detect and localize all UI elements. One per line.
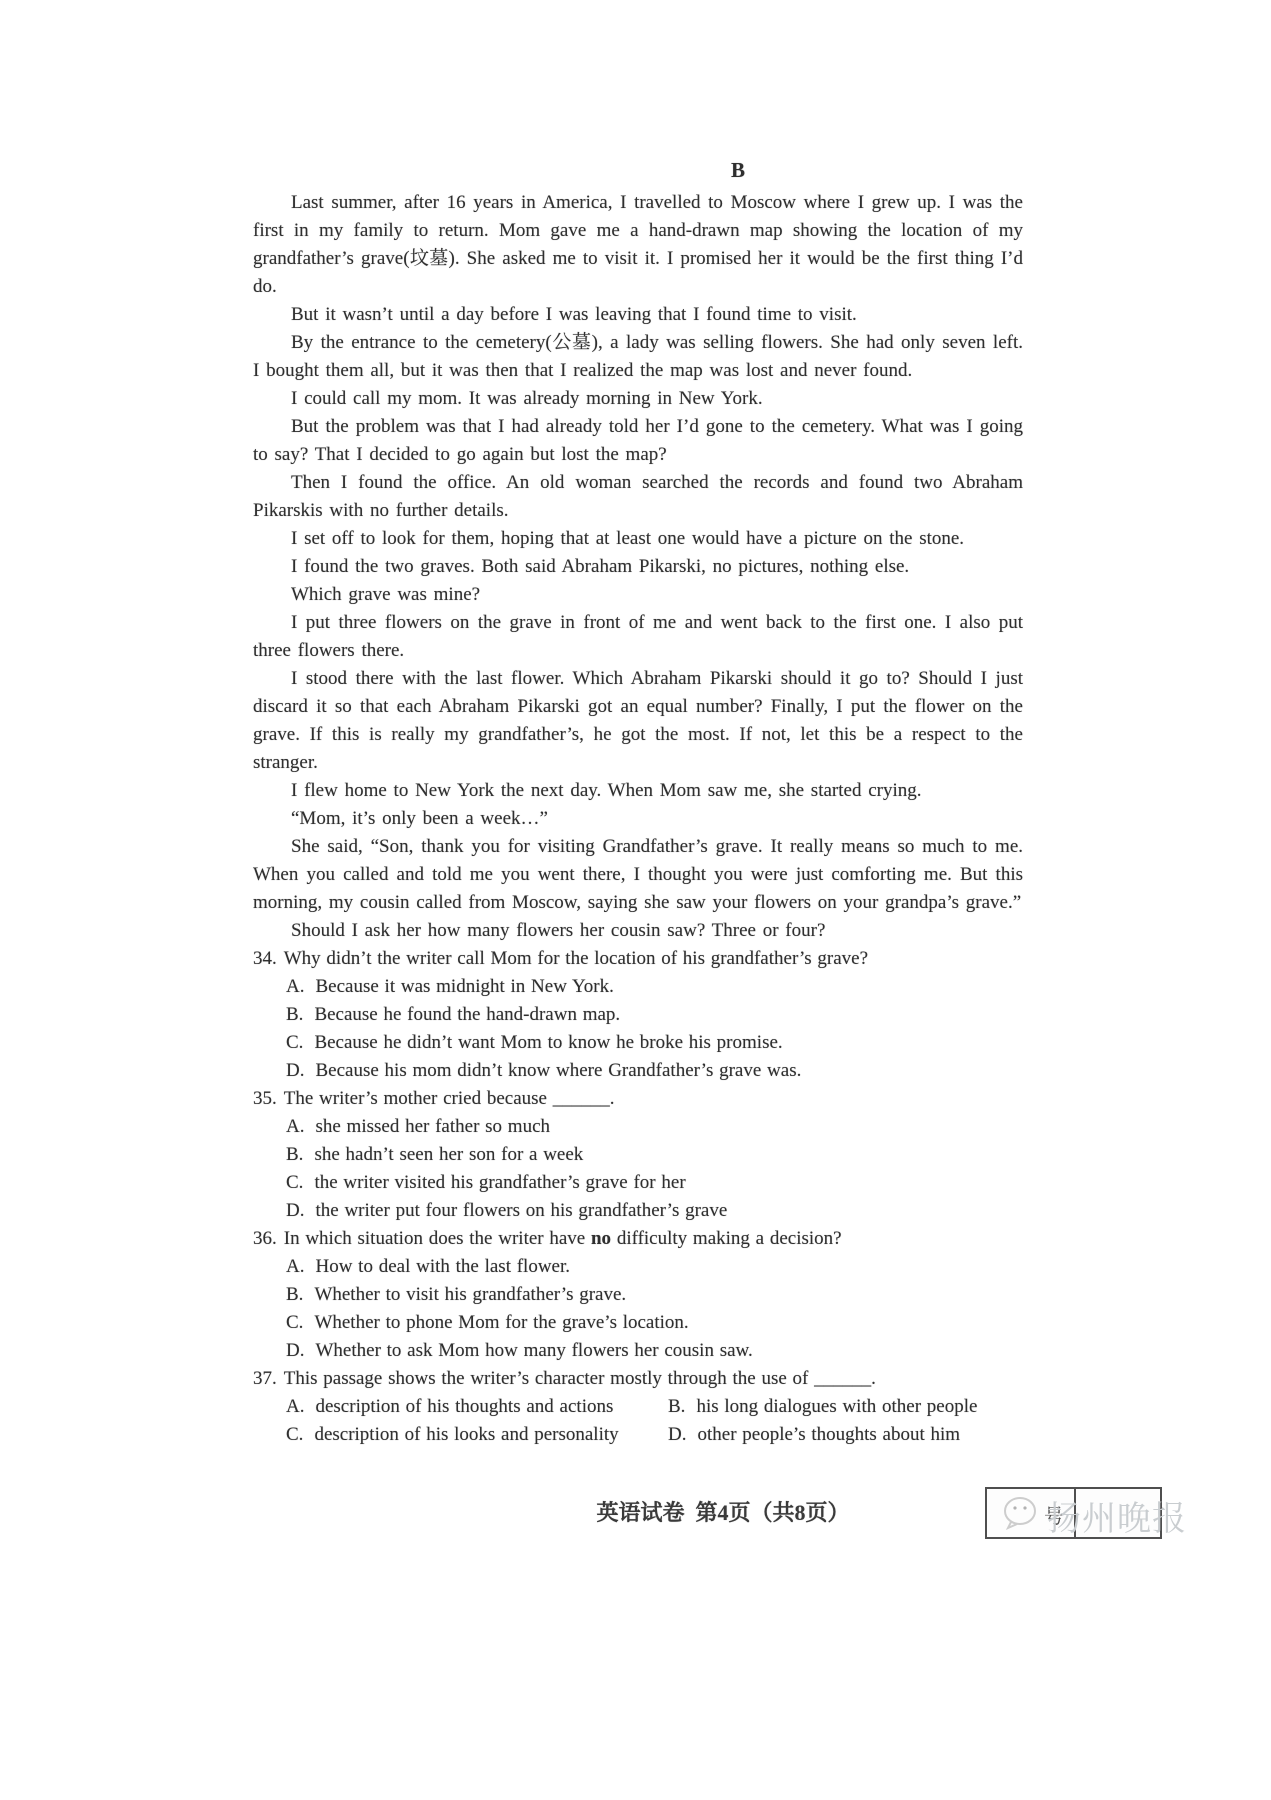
question-36-option-d: D.Whether to ask Mom how many flowers he… <box>253 1337 1023 1365</box>
reading-section-b: B Last summer, after 16 years in America… <box>253 158 1023 1449</box>
question-35-stem: 35.The writer’s mother cried because ___… <box>253 1085 1023 1113</box>
question-37-option-d: D.other people’s thoughts about him <box>668 1421 1023 1449</box>
option-text: Because it was midnight in New York. <box>315 976 613 997</box>
official-account-logo-icon <box>1001 1495 1039 1531</box>
passage-paragraph-5: But the problem was that I had already t… <box>253 413 1023 469</box>
question-37-option-a: A.description of his thoughts and action… <box>286 1393 668 1421</box>
option-text: Whether to ask Mom how many flowers her … <box>315 1340 752 1361</box>
option-text: she hadn’t seen her son for a week <box>314 1144 583 1165</box>
question-34-option-d: D.Because his mom didn’t know where Gran… <box>253 1057 1023 1085</box>
option-text: Whether to phone Mom for the grave’s loc… <box>314 1312 688 1333</box>
passage-paragraph-11: I stood there with the last flower. Whic… <box>253 665 1023 777</box>
option-label: D. <box>286 1340 304 1361</box>
question-text-post: difficulty making a decision? <box>611 1228 842 1249</box>
option-label: B. <box>286 1004 303 1025</box>
newspaper-stamp: 号 扬州晚报 <box>985 1487 1162 1539</box>
passage-paragraph-1: Last summer, after 16 years in America, … <box>253 189 1023 301</box>
question-text-bold: no <box>591 1228 611 1249</box>
passage-paragraph-12: I flew home to New York the next day. Wh… <box>253 777 1023 805</box>
option-text: description of his looks and personality <box>314 1424 618 1445</box>
question-34: 34.Why didn’t the writer call Mom for th… <box>253 945 1023 1085</box>
option-label: D. <box>286 1200 304 1221</box>
passage-paragraph-13: “Mom, it’s only been a week…” <box>253 805 1023 833</box>
question-35-option-b: B.she hadn’t seen her son for a week <box>253 1141 1023 1169</box>
question-36-option-a: A.How to deal with the last flower. <box>253 1253 1023 1281</box>
question-text-pre: In which situation does the writer have <box>284 1228 591 1249</box>
question-35-option-c: C.the writer visited his grandfather’s g… <box>253 1169 1023 1197</box>
newspaper-watermark: 扬州晚报 <box>1047 1491 1187 1540</box>
option-text: How to deal with the last flower. <box>315 1256 570 1277</box>
passage-paragraph-9: Which grave was mine? <box>253 581 1023 609</box>
option-label: C. <box>286 1172 303 1193</box>
question-37: 37.This passage shows the writer’s chara… <box>253 1365 1023 1449</box>
option-label: C. <box>286 1312 303 1333</box>
question-35-option-a: A.she missed her father so much <box>253 1113 1023 1141</box>
option-label: A. <box>286 1116 304 1137</box>
option-label: A. <box>286 976 304 997</box>
option-text: she missed her father so much <box>315 1116 550 1137</box>
question-number: 36. <box>253 1228 277 1249</box>
option-text: other people’s thoughts about him <box>697 1424 960 1445</box>
option-text: Because he didn’t want Mom to know he br… <box>314 1032 782 1053</box>
passage-paragraph-4: I could call my mom. It was already morn… <box>253 385 1023 413</box>
option-text: Because he found the hand-drawn map. <box>314 1004 620 1025</box>
passage-paragraph-2: But it wasn’t until a day before I was l… <box>253 301 1023 329</box>
question-37-option-b: B.his long dialogues with other people <box>668 1393 1023 1421</box>
question-text: Why didn’t the writer call Mom for the l… <box>284 948 868 969</box>
option-text: the writer put four flowers on his grand… <box>315 1200 727 1221</box>
question-36-option-b: B.Whether to visit his grandfather’s gra… <box>253 1281 1023 1309</box>
question-text: The writer’s mother cried because ______… <box>284 1088 615 1109</box>
option-label: D. <box>286 1060 304 1081</box>
question-36: 36.In which situation does the writer ha… <box>253 1225 1023 1365</box>
option-label: B. <box>286 1284 303 1305</box>
question-34-option-a: A.Because it was midnight in New York. <box>253 973 1023 1001</box>
question-37-stem: 37.This passage shows the writer’s chara… <box>253 1365 1023 1393</box>
passage-section-label: B <box>253 158 1023 183</box>
passage-paragraph-15: Should I ask her how many flowers her co… <box>253 917 1023 945</box>
option-label: C. <box>286 1424 303 1445</box>
passage-paragraph-7: I set off to look for them, hoping that … <box>253 525 1023 553</box>
page-footer: 英语试卷 第4页（共8页） <box>253 1496 1023 1527</box>
question-35-option-d: D.the writer put four flowers on his gra… <box>253 1197 1023 1225</box>
question-36-option-c: C.Whether to phone Mom for the grave’s l… <box>253 1309 1023 1337</box>
stamp-character: 号 <box>1044 1500 1064 1529</box>
option-label: C. <box>286 1032 303 1053</box>
question-number: 34. <box>253 948 277 969</box>
passage-paragraph-3: By the entrance to the cemetery(公墓), a l… <box>253 329 1023 385</box>
question-36-stem: 36.In which situation does the writer ha… <box>253 1225 1023 1253</box>
option-text: his long dialogues with other people <box>696 1396 977 1417</box>
passage-paragraph-10: I put three flowers on the grave in fron… <box>253 609 1023 665</box>
question-35: 35.The writer’s mother cried because ___… <box>253 1085 1023 1225</box>
option-label: D. <box>668 1424 686 1445</box>
question-number: 37. <box>253 1368 277 1389</box>
question-37-options: A.description of his thoughts and action… <box>253 1393 1023 1449</box>
option-text: Because his mom didn’t know where Grandf… <box>315 1060 801 1081</box>
question-list: 34.Why didn’t the writer call Mom for th… <box>253 945 1023 1449</box>
option-text: description of his thoughts and actions <box>315 1396 613 1417</box>
option-text: Whether to visit his grandfather’s grave… <box>314 1284 626 1305</box>
option-text: the writer visited his grandfather’s gra… <box>314 1172 685 1193</box>
exam-page: B Last summer, after 16 years in America… <box>0 0 1271 1800</box>
passage-paragraph-14: She said, “Son, thank you for visiting G… <box>253 833 1023 917</box>
question-34-stem: 34.Why didn’t the writer call Mom for th… <box>253 945 1023 973</box>
option-label: A. <box>286 1256 304 1277</box>
question-text: This passage shows the writer’s characte… <box>284 1368 876 1389</box>
question-number: 35. <box>253 1088 277 1109</box>
question-37-option-c: C.description of his looks and personali… <box>286 1421 668 1449</box>
stamp-divider <box>1074 1489 1076 1537</box>
question-34-option-c: C.Because he didn’t want Mom to know he … <box>253 1029 1023 1057</box>
passage-paragraph-6: Then I found the office. An old woman se… <box>253 469 1023 525</box>
question-34-option-b: B.Because he found the hand-drawn map. <box>253 1001 1023 1029</box>
passage-paragraph-8: I found the two graves. Both said Abraha… <box>253 553 1023 581</box>
option-label: B. <box>286 1144 303 1165</box>
option-label: A. <box>286 1396 304 1417</box>
option-label: B. <box>668 1396 685 1417</box>
